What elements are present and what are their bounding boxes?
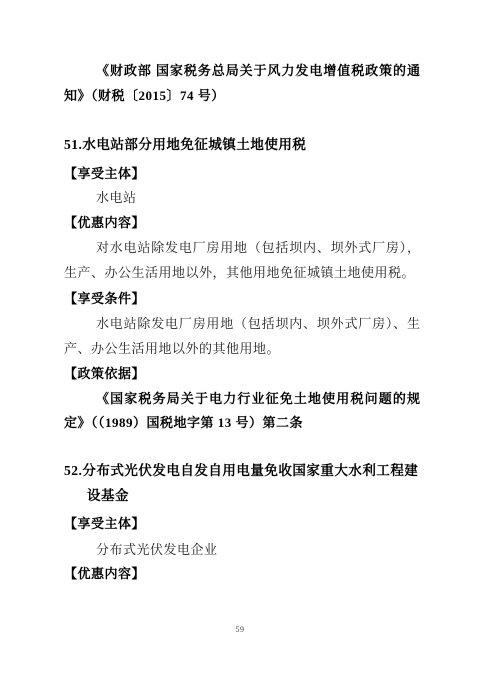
section-52-title-line-2: 设基金 (87, 483, 420, 508)
section-51-condition-label: 【享受条件】 (64, 286, 420, 311)
section-51-basis-label: 【政策依据】 (64, 361, 420, 386)
policy-ref-wind-line-2: 知》（财税〔2015〕74 号） (64, 83, 420, 108)
section-52-subject-label: 【享受主体】 (64, 511, 420, 536)
section-51-basis-line-2: 定》（（1989）国税地字第 13 号）第二条 (64, 410, 420, 435)
section-51-subject-label: 【享受主体】 (64, 161, 420, 186)
policy-ref-wind-line-1: 《财政部 国家税务总局关于风力发电增值税政策的通 (96, 58, 420, 83)
section-51-condition-line-1: 水电站除发电厂房用地（包括坝内、坝外式厂房）、生 (96, 311, 420, 336)
section-51-subject-text: 水电站 (96, 185, 420, 210)
document-page: 《财政部 国家税务总局关于风力发电增值税政策的通 知》（财税〔2015〕74 号… (0, 0, 480, 678)
section-51-basis-line-1: 《国家税务局关于电力行业征免土地使用税问题的规 (96, 386, 420, 411)
section-51-content-line-2: 生产、办公生活用地以外，其他用地免征城镇土地使用税。 (64, 260, 420, 285)
section-51-condition-line-2: 产、办公生活用地以外的其他用地。 (64, 336, 420, 361)
section-51-content-label: 【优惠内容】 (64, 210, 420, 235)
section-52-content-label: 【优惠内容】 (64, 561, 420, 586)
section-52-subject-text: 分布式光伏发电企业 (96, 537, 420, 562)
section-52-title-line-1: 52.分布式光伏发电自发自用电量免收国家重大水利工程建 (64, 458, 420, 483)
section-51-content-line-1: 对水电站除发电厂房用地（包括坝内、坝外式厂房）， (96, 235, 420, 260)
section-51-title: 51.水电站部分用地免征城镇土地使用税 (64, 132, 420, 157)
page-number: 59 (0, 624, 480, 636)
